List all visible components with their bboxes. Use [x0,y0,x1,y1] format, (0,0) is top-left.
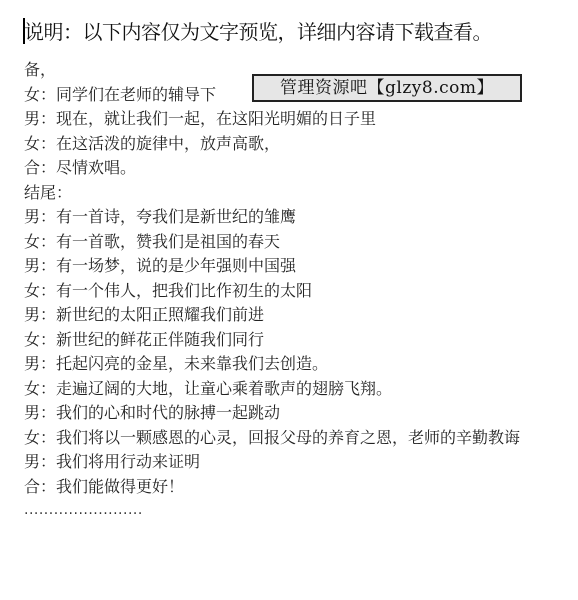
preview-notice: 说明：以下内容仅为文字预览，详细内容请下载查看。 [24,18,492,46]
text-line: 女：有一个伟人，把我们比作初生的太阳 [24,279,554,304]
text-line: 女：新世纪的鲜花正伴随我们同行 [24,328,554,353]
text-line: 女：我们将以一颗感恩的心灵，回报父母的养育之恩，老师的辛勤教诲 [24,426,554,451]
ellipsis-divider: ........................ [24,501,554,519]
text-line: 男：现在，就让我们一起，在这阳光明媚的日子里 [24,107,554,132]
text-line: 女：在这活泼的旋律中，放声高歌， [24,132,554,157]
text-line: 女：有一首歌，赞我们是祖国的春天 [24,230,554,255]
text-line: 男：有一首诗，夸我们是新世纪的雏鹰 [24,205,554,230]
section-heading: 结尾： [24,181,554,206]
text-line: 男：托起闪亮的金星，未来靠我们去创造。 [24,352,554,377]
text-line: 男：有一场梦，说的是少年强则中国强 [24,254,554,279]
text-line: 男：我们将用行动来证明 [24,450,554,475]
watermark-banner: 管理资源吧【glzy8.com】 [252,74,522,102]
document-body: 备， 女：同学们在老师的辅导下 男：现在，就让我们一起，在这阳光明媚的日子里 女… [24,58,554,519]
text-line: 男：我们的心和时代的脉搏一起跳动 [24,401,554,426]
text-line: 合：我们能做得更好！ [24,475,554,500]
text-line: 合：尽情欢唱。 [24,156,554,181]
text-line: 女：走遍辽阔的大地，让童心乘着歌声的翅膀飞翔。 [24,377,554,402]
text-line: 男：新世纪的太阳正照耀我们前进 [24,303,554,328]
